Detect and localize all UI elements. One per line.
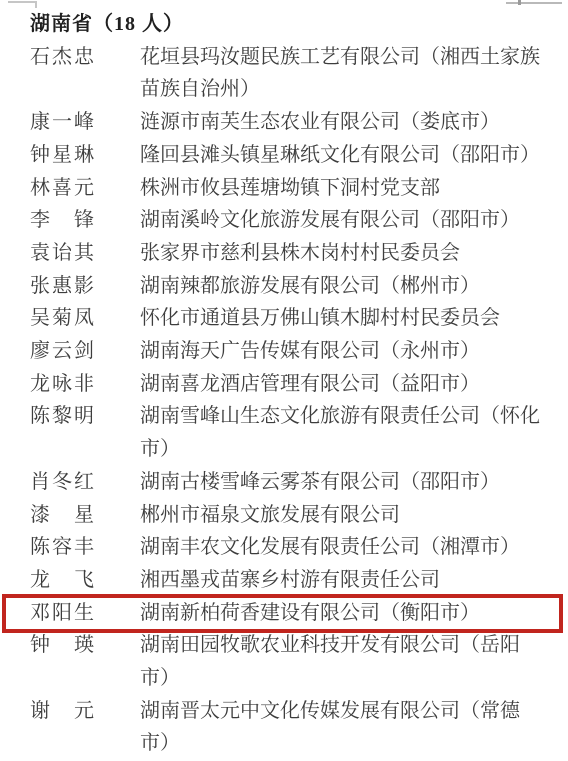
list-row: 林喜元 株洲市攸县莲塘坳镇下洞村党支部: [30, 172, 548, 205]
list-row: 钟星琳 隆回县滩头镇星琳纸文化有限公司（邵阳市）: [30, 139, 548, 172]
list-row: 石杰忠 花垣县玛汝题民族工艺有限公司（湘西土家族苗族自治州）: [30, 41, 548, 106]
affiliation-text: 张家界市慈利县株木岗村村民委员会: [140, 237, 544, 270]
affiliation-text: 湖南辣都旅游发展有限公司（郴州市）: [140, 270, 544, 303]
affiliation-text: 株洲市攸县莲塘坳镇下洞村党支部: [140, 172, 544, 205]
person-name: 龙咏非: [30, 368, 140, 401]
list-row: 谢 元 湖南晋太元中文化传媒发展有限公司（常德市）: [30, 695, 548, 760]
affiliation-text: 怀化市通道县万佛山镇木脚村村民委员会: [140, 302, 544, 335]
list-row: 陈黎明 湖南雪峰山生态文化旅游有限责任公司（怀化市）: [30, 400, 548, 465]
person-name: 石杰忠: [30, 41, 140, 74]
affiliation-text: 湖南溪岭文化旅游发展有限公司（邵阳市）: [140, 204, 544, 237]
person-name: 钟 瑛: [30, 629, 140, 662]
person-name: 张惠影: [30, 270, 140, 303]
person-name: 肖冬红: [30, 466, 140, 499]
affiliation-text: 湖南丰农文化发展有限责任公司（湘潭市）: [140, 531, 544, 564]
affiliation-text: 涟源市南芙生态农业有限公司（娄底市）: [140, 106, 544, 139]
person-name: 康一峰: [30, 106, 140, 139]
person-name: 漆 星: [30, 499, 140, 532]
list-row: 李 锋 湖南溪岭文化旅游发展有限公司（邵阳市）: [30, 204, 548, 237]
affiliation-text: 郴州市福泉文旅发展有限公司: [140, 499, 544, 532]
affiliation-text: 湖南古楼雪峰云雾茶有限公司（邵阳市）: [140, 466, 544, 499]
person-name: 陈容丰: [30, 531, 140, 564]
list-row: 张惠影 湖南辣都旅游发展有限公司（郴州市）: [30, 270, 548, 303]
person-name: 李 锋: [30, 204, 140, 237]
crop-artifact-top-right-line: [506, 2, 562, 4]
person-name: 吴菊凤: [30, 302, 140, 335]
person-name: 龙 飞: [30, 564, 140, 597]
person-name: 袁诒其: [30, 237, 140, 270]
affiliation-text: 湖南喜龙酒店管理有限公司（益阳市）: [140, 368, 544, 401]
person-name: 邓阳生: [30, 597, 140, 630]
affiliation-text: 湖南海天广告传媒有限公司（永州市）: [140, 335, 544, 368]
affiliation-text: 湖南田园牧歌农业科技开发有限公司（岳阳市）: [140, 629, 544, 694]
list-row: 龙咏非 湖南喜龙酒店管理有限公司（益阳市）: [30, 368, 548, 401]
document-page: 湖南省（18 人） 石杰忠 花垣县玛汝题民族工艺有限公司（湘西土家族苗族自治州）…: [0, 0, 568, 761]
crop-artifact-top-left-line: [8, 1, 37, 3]
list-row: 袁诒其 张家界市慈利县株木岗村村民委员会: [30, 237, 548, 270]
list-row: 漆 星 郴州市福泉文旅发展有限公司: [30, 499, 548, 532]
list-row: 邓阳生 湖南新柏荷香建设有限公司（衡阳市）: [30, 597, 548, 630]
list-row: 吴菊凤 怀化市通道县万佛山镇木脚村村民委员会: [30, 302, 548, 335]
crop-artifact-top-left-tick: [35, 1, 37, 8]
person-name: 廖云剑: [30, 335, 140, 368]
list-row: 康一峰 涟源市南芙生态农业有限公司（娄底市）: [30, 106, 548, 139]
affiliation-text: 湖南新柏荷香建设有限公司（衡阳市）: [140, 597, 544, 630]
list-row: 龙 飞 湘西墨戎苗寨乡村游有限责任公司: [30, 564, 548, 597]
section-title: 湖南省（18 人）: [30, 8, 548, 41]
affiliation-text: 湖南雪峰山生态文化旅游有限责任公司（怀化市）: [140, 400, 544, 465]
person-name: 林喜元: [30, 172, 140, 205]
list-row: 肖冬红 湖南古楼雪峰云雾茶有限公司（邵阳市）: [30, 466, 548, 499]
crop-artifact-top-right-tick: [518, 0, 521, 5]
affiliation-text: 花垣县玛汝题民族工艺有限公司（湘西土家族苗族自治州）: [140, 41, 544, 106]
awardee-list: 石杰忠 花垣县玛汝题民族工艺有限公司（湘西土家族苗族自治州） 康一峰 涟源市南芙…: [30, 41, 548, 760]
affiliation-text: 湘西墨戎苗寨乡村游有限责任公司: [140, 564, 544, 597]
person-name: 陈黎明: [30, 400, 140, 433]
person-name: 钟星琳: [30, 139, 140, 172]
affiliation-text: 隆回县滩头镇星琳纸文化有限公司（邵阳市）: [140, 139, 544, 172]
list-row: 陈容丰 湖南丰农文化发展有限责任公司（湘潭市）: [30, 531, 548, 564]
person-name: 谢 元: [30, 695, 140, 728]
affiliation-text: 湖南晋太元中文化传媒发展有限公司（常德市）: [140, 695, 544, 760]
list-row: 钟 瑛 湖南田园牧歌农业科技开发有限公司（岳阳市）: [30, 629, 548, 694]
list-row: 廖云剑 湖南海天广告传媒有限公司（永州市）: [30, 335, 548, 368]
